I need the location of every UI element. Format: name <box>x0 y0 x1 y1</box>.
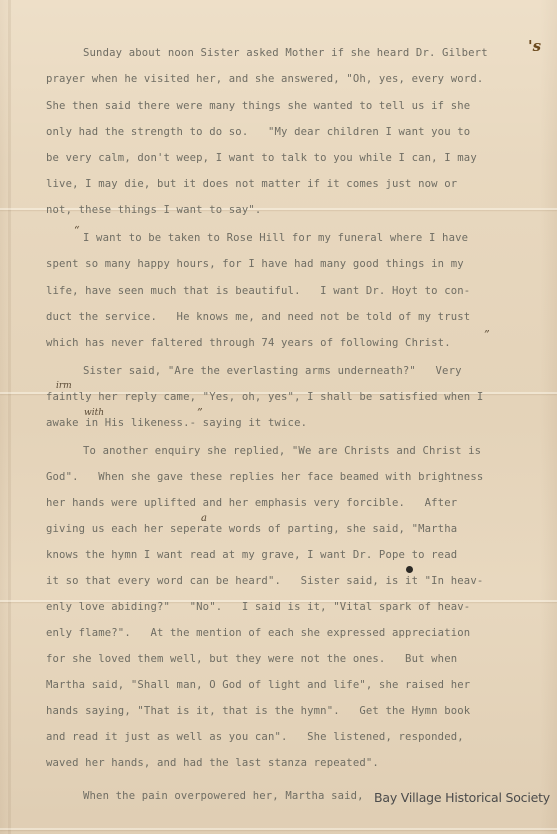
handwritten-correction-separate: a <box>201 514 207 524</box>
text-line: not, these things I want to say". <box>46 204 261 216</box>
scanned-letter-page: Sunday about noon Sister asked Mother if… <box>0 0 557 834</box>
text-line: which has never faltered through 74 year… <box>46 337 451 349</box>
text-line: waved her hands, and had the last stanza… <box>46 757 379 769</box>
text-line: and read it just as well as you can". Sh… <box>46 731 464 743</box>
text-line: Sister said, "Are the everlasting arms u… <box>83 365 462 377</box>
text-line: When the pain overpowered her, Martha sa… <box>83 790 364 802</box>
watermark: Bay Village Historical Society <box>374 790 550 805</box>
text-line: Sunday about noon Sister asked Mother if… <box>83 47 488 59</box>
text-line: hands saying, "That is it, that is the h… <box>46 705 470 717</box>
text-line: be very calm, don't weep, I want to talk… <box>46 152 477 164</box>
text-line: Martha said, "Shall man, O God of light … <box>46 679 470 691</box>
paper-fold <box>0 828 557 830</box>
text-line: She then said there were many things she… <box>46 100 470 112</box>
text-line: for she loved them well, but they were n… <box>46 653 457 665</box>
text-line: awake in His likeness.- saying it twice. <box>46 417 307 429</box>
text-line: faintly her reply came, "Yes, oh, yes", … <box>46 391 483 403</box>
ink-spot <box>406 566 413 573</box>
paper-edge <box>8 0 11 834</box>
text-line: her hands were uplifted and her emphasis… <box>46 497 457 509</box>
text-line: enly flame?". At the mention of each she… <box>46 627 470 639</box>
text-line: To another enquiry she replied, "We are … <box>83 445 481 457</box>
text-line: only had the strength to do so. "My dear… <box>46 126 470 138</box>
text-line: knows the hymn I want read at my grave, … <box>46 549 457 561</box>
handwritten-close-quote: ” <box>484 330 490 340</box>
text-line: duct the service. He knows me, and need … <box>46 311 470 323</box>
handwritten-open-quote: “ <box>74 226 80 236</box>
text-line: enly love abiding?" "No". I said is it, … <box>46 601 470 613</box>
text-line: prayer when he visited her, and she answ… <box>46 73 483 85</box>
text-line: live, I may die, but it does not matter … <box>46 178 457 190</box>
text-line: I want to be taken to Rose Hill for my f… <box>83 232 468 244</box>
text-line: it so that every word can be heard". Sis… <box>46 575 483 587</box>
handwritten-possessive: 's <box>528 41 541 51</box>
text-line: life, have seen much that is beautiful. … <box>46 285 470 297</box>
text-line: God". When she gave these replies her fa… <box>46 471 483 483</box>
text-line: giving us each her seperate words of par… <box>46 523 457 535</box>
handwritten-correction-with: with <box>84 408 104 418</box>
handwritten-correction-firmly: irm <box>56 381 72 391</box>
text-line: spent so many happy hours, for I have ha… <box>46 258 464 270</box>
handwritten-close-quote: ” <box>197 408 203 418</box>
